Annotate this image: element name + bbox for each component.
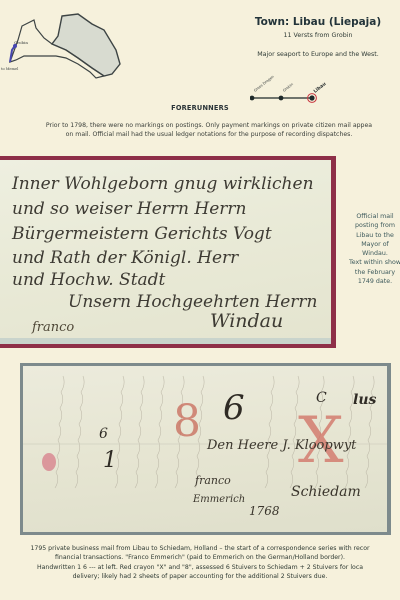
page-title: Town: Libau (Liepaja) [236, 16, 400, 28]
date-mark: 1768 [249, 504, 280, 518]
page-header: Town: Libau (Liepaja) 11 Versts from Gro… [250, 16, 400, 58]
black-mark-lus: lus [353, 392, 376, 408]
letter-1749-mount: Inner Wohlgeborn gnug wirklichen und so … [0, 156, 336, 348]
note-line: posting from [344, 221, 400, 230]
map-label-memel: to Memel [1, 67, 19, 71]
destination-schiedam: Schiedam [291, 484, 361, 500]
emmerich-mark: Emmerich [193, 494, 245, 505]
caption-line: delivery; likely had 2 sheets of paper a… [0, 572, 400, 581]
handwritten-1: 1 [103, 448, 117, 473]
destination-windau: Windau [210, 310, 283, 332]
intro-line: on mail. Official mail had the usual led… [4, 130, 400, 139]
franco-mark: franco [32, 320, 74, 335]
black-mark-c: C [316, 390, 327, 406]
caption-line: 1795 private business mail from Libau to… [0, 544, 400, 553]
note-line: Libau to the [344, 231, 400, 240]
black-mark-6: 6 [223, 388, 245, 428]
letter-1749-note: Official mail posting from Libau to the … [344, 212, 400, 286]
caption-line: financial transactions. "Franco Emmerich… [0, 553, 400, 562]
route-diagram: Gross Drogen Grobin Libau [250, 74, 360, 104]
caption-line: Handwritten 1 6 --- at left. Red crayon … [0, 563, 400, 572]
script-line: Unsern Hochgeehrten Herrn [68, 292, 317, 312]
note-line: Text within show [344, 258, 400, 267]
script-line: Bürgermeistern Gerichts Vogt [12, 224, 272, 244]
red-crayon-8: 8 [173, 396, 201, 447]
script-line: und Rath der Königl. Herr [12, 248, 238, 268]
wax-seal [42, 453, 56, 471]
note-line: 1749 date. [344, 277, 400, 286]
note-line: the February [344, 268, 400, 277]
latvia-map: Grobin to Memel [0, 0, 130, 90]
intro-line: Prior to 1798, there were no markings on… [4, 121, 400, 130]
letter-1795-image: 8 X 6 C lus 1 6 Den Heere J. Kloopwyt fr… [23, 366, 387, 532]
route-stop-grobin: Grobin [282, 82, 294, 93]
letter-1795-caption: 1795 private business mail from Libau to… [0, 544, 400, 582]
letter-1795-mount: 8 X 6 C lus 1 6 Den Heere J. Kloopwyt fr… [20, 363, 391, 535]
handwritten-6: 6 [99, 426, 108, 442]
note-line: Windau. [344, 249, 400, 258]
addressee: Den Heere J. Kloopwyt [207, 438, 356, 453]
script-line: Inner Wohlgeborn gnug wirklichen [12, 174, 314, 194]
script-line: und Hochw. Stadt [12, 270, 165, 290]
distance-note: 11 Versts from Grobin [236, 32, 400, 39]
letter-edge [0, 338, 331, 344]
script-line: und so weiser Herrn Herrn [12, 199, 247, 219]
map-label-grobin: Grobin [14, 40, 28, 45]
note-line: Mayor of [344, 240, 400, 249]
intro-text: Prior to 1798, there were no markings on… [4, 121, 400, 139]
letter-1749-image: Inner Wohlgeborn gnug wirklichen und so … [0, 160, 331, 344]
note-line: Official mail [344, 212, 400, 221]
franco-mark: franco [195, 474, 231, 487]
seaport-description: Major seaport to Europe and the West. [236, 51, 400, 58]
route-stop-gross-drogen: Gross Drogen [253, 75, 275, 93]
section-title: FORERUNNERS [0, 104, 400, 112]
route-stop-libau: Libau [313, 81, 328, 94]
